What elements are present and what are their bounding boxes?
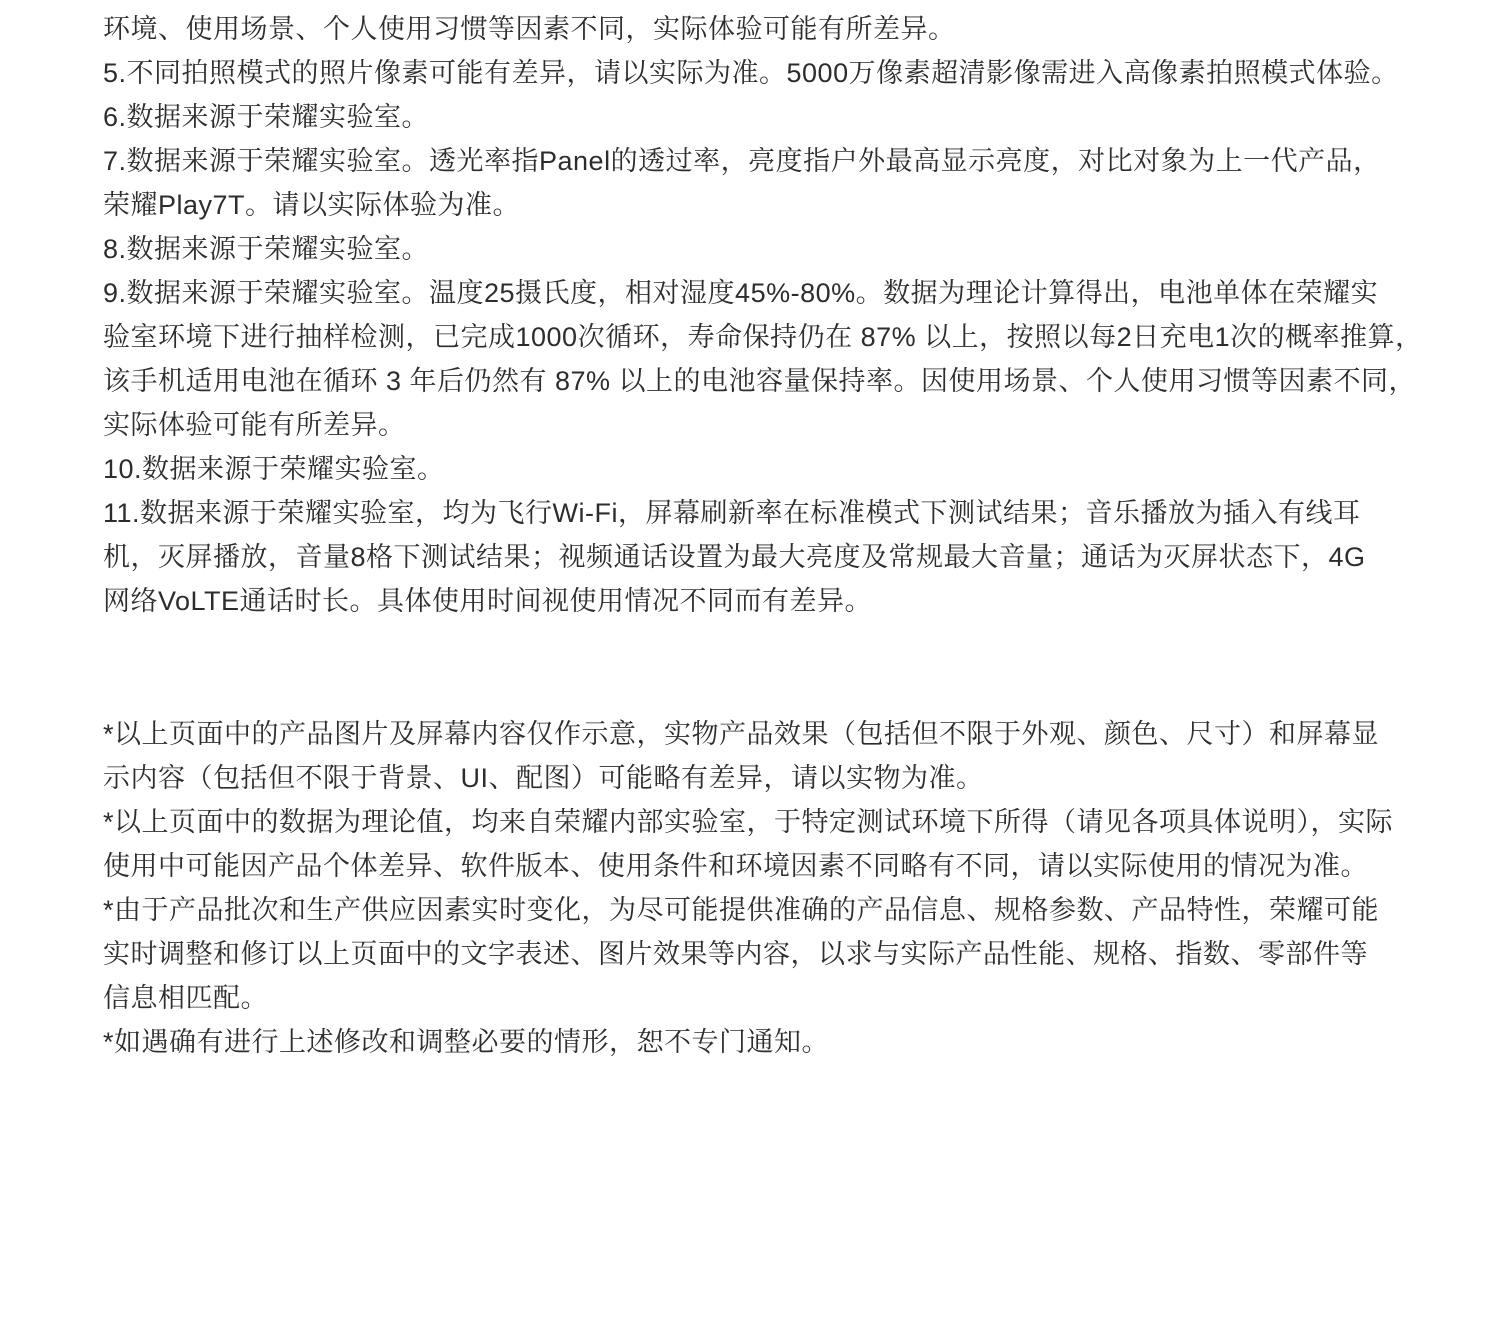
footnote-line: 7.数据来源于荣耀实验室。透光率指Panel的透过率，亮度指户外最高显示亮度，对… — [103, 139, 1410, 183]
footnote-line: 6.数据来源于荣耀实验室。 — [103, 95, 1410, 139]
product-disclaimer-page: 环境、使用场景、个人使用习惯等因素不同，实际体验可能有所差异。 5.不同拍照模式… — [0, 0, 1500, 1319]
disclaimer-line: 信息相匹配。 — [103, 976, 1410, 1020]
footnote-line: 9.数据来源于荣耀实验室。温度25摄氏度，相对湿度45%-80%。数据为理论计算… — [103, 271, 1410, 315]
footnotes-block: 环境、使用场景、个人使用习惯等因素不同，实际体验可能有所差异。 5.不同拍照模式… — [103, 7, 1410, 623]
disclaimer-line: *由于产品批次和生产供应因素实时变化，为尽可能提供准确的产品信息、规格参数、产品… — [103, 888, 1410, 932]
footnote-line: 5.不同拍照模式的照片像素可能有差异，请以实际为准。5000万像素超清影像需进入… — [103, 51, 1410, 95]
footnote-line: 网络VoLTE通话时长。具体使用时间视使用情况不同而有差异。 — [103, 579, 1410, 623]
disclaimer-line: *以上页面中的数据为理论值，均来自荣耀内部实验室，于特定测试环境下所得（请见各项… — [103, 800, 1410, 844]
footnote-line: 环境、使用场景、个人使用习惯等因素不同，实际体验可能有所差异。 — [103, 7, 1410, 51]
footnote-line: 10.数据来源于荣耀实验室。 — [103, 447, 1410, 491]
footnote-line: 该手机适用电池在循环 3 年后仍然有 87% 以上的电池容量保持率。因使用场景、… — [103, 359, 1410, 403]
disclaimer-line: *以上页面中的产品图片及屏幕内容仅作示意，实物产品效果（包括但不限于外观、颜色、… — [103, 712, 1410, 756]
footnote-line: 8.数据来源于荣耀实验室。 — [103, 227, 1410, 271]
disclaimer-line: 示内容（包括但不限于背景、UI、配图）可能略有差异，请以实物为准。 — [103, 756, 1410, 800]
footnote-line: 荣耀Play7T。请以实际体验为准。 — [103, 183, 1410, 227]
disclaimer-line: 使用中可能因产品个体差异、软件版本、使用条件和环境因素不同略有不同，请以实际使用… — [103, 844, 1410, 888]
disclaimer-line: *如遇确有进行上述修改和调整必要的情形，恕不专门通知。 — [103, 1020, 1410, 1064]
footnote-line: 验室环境下进行抽样检测，已完成1000次循环，寿命保持仍在 87% 以上，按照以… — [103, 315, 1410, 359]
disclaimer-line: 实时调整和修订以上页面中的文字表述、图片效果等内容，以求与实际产品性能、规格、指… — [103, 932, 1410, 976]
footnote-line: 11.数据来源于荣耀实验室，均为飞行Wi-Fi，屏幕刷新率在标准模式下测试结果；… — [103, 491, 1410, 535]
footnote-line: 实际体验可能有所差异。 — [103, 403, 1410, 447]
disclaimers-block: *以上页面中的产品图片及屏幕内容仅作示意，实物产品效果（包括但不限于外观、颜色、… — [103, 712, 1410, 1064]
footnote-line: 机，灭屏播放，音量8格下测试结果；视频通话设置为最大亮度及常规最大音量；通话为灭… — [103, 535, 1410, 579]
